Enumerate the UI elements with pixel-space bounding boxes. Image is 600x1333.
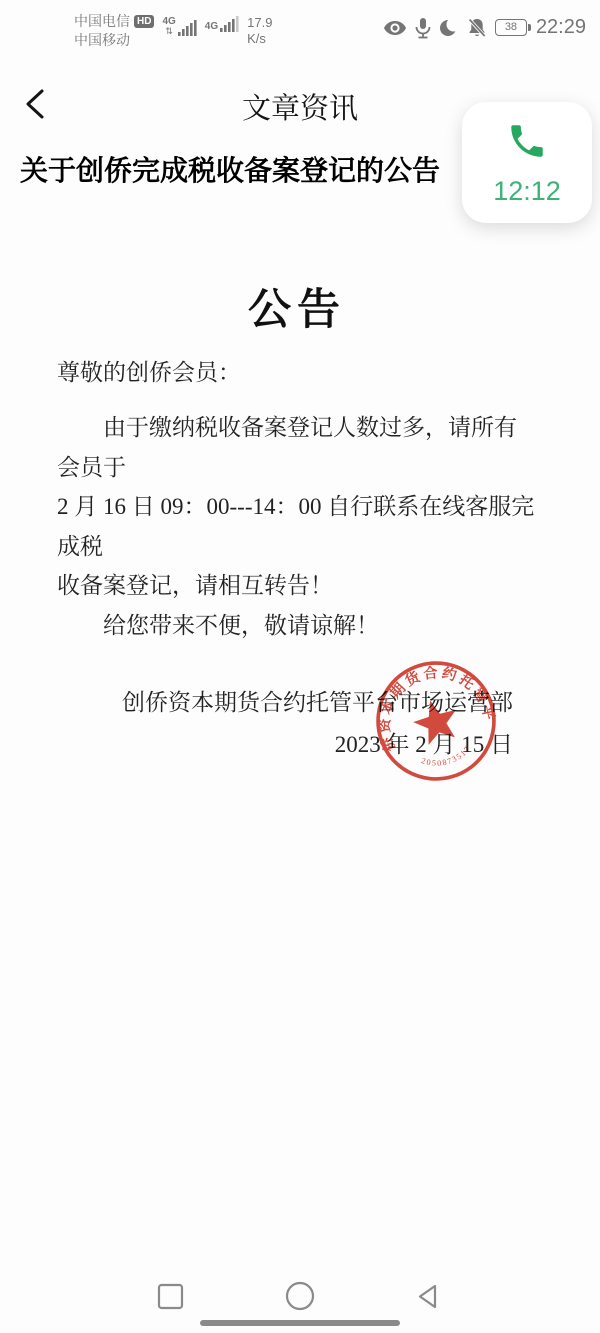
- call-float-widget[interactable]: 12:12: [462, 102, 592, 223]
- recents-button-icon[interactable]: [157, 1283, 184, 1310]
- doc-heading: 公告: [57, 276, 537, 337]
- doc-signature-block: 创侨资本期货合约托管平台市场运营部 2023 年 2 月 15 日: [57, 682, 537, 766]
- clock-time: 22:29: [536, 16, 586, 39]
- notifications-muted-icon: [466, 17, 488, 39]
- carrier-secondary: 中国移动: [74, 31, 154, 50]
- do-not-disturb-moon-icon: [439, 18, 459, 38]
- doc-body-line: 2 月 16 日 09：00---14：00 自行联系在线客服完成税: [57, 487, 537, 566]
- network-type-2: 4G: [205, 21, 218, 32]
- home-button-icon[interactable]: [284, 1280, 316, 1312]
- home-indicator-bar[interactable]: [200, 1320, 400, 1326]
- network-speed: 17.9 K/s: [247, 15, 272, 47]
- signal-sim2: 4G: [205, 16, 239, 32]
- back-nav-button-icon[interactable]: [414, 1283, 441, 1310]
- doc-body-line: 由于缴纳税收备案登记人数过多，请所有会员于: [57, 408, 537, 487]
- speed-unit: K/s: [247, 31, 272, 47]
- microphone-icon: [414, 17, 432, 39]
- call-duration: 12:12: [493, 176, 561, 207]
- signal-bars-icon: [178, 20, 197, 36]
- announcement-document: 公告 尊敬的创侨会员： 由于缴纳税收备案登记人数过多，请所有会员于 2 月 16…: [57, 276, 537, 796]
- signal-sim1: 4G ⇅: [162, 16, 196, 36]
- data-transfer-arrows-icon: ⇅: [165, 27, 173, 36]
- hd-badge: HD: [134, 15, 154, 28]
- doc-date: 2023 年 2 月 15 日: [57, 724, 513, 766]
- carrier-names: 中国电信 HD 中国移动: [74, 12, 154, 50]
- battery-percent: 38: [505, 21, 517, 33]
- doc-signature: 创侨资本期货合约托管平台市场运营部: [57, 682, 513, 724]
- status-bar: 中国电信 HD 中国移动 4G ⇅ 4G: [0, 12, 600, 50]
- speed-value: 17.9: [247, 15, 272, 31]
- battery-indicator: 38: [495, 19, 527, 36]
- doc-body-line: 给您带来不便，敬请谅解！: [57, 606, 537, 646]
- eye-comfort-icon: [383, 18, 407, 38]
- doc-body-line: 收备案登记，请相互转告！: [57, 566, 537, 606]
- doc-body: 由于缴纳税收备案登记人数过多，请所有会员于 2 月 16 日 09：00---1…: [57, 408, 537, 645]
- carrier-primary: 中国电信: [74, 12, 130, 31]
- phone-icon: [506, 120, 548, 162]
- doc-salutation: 尊敬的创侨会员：: [57, 354, 241, 387]
- status-left-cluster: 中国电信 HD 中国移动 4G ⇅ 4G: [74, 12, 272, 50]
- article-title: 关于创侨完成税收备案登记的公告: [20, 152, 470, 190]
- signal-bars-icon: [220, 16, 239, 32]
- status-right-cluster: 38 22:29: [383, 16, 586, 39]
